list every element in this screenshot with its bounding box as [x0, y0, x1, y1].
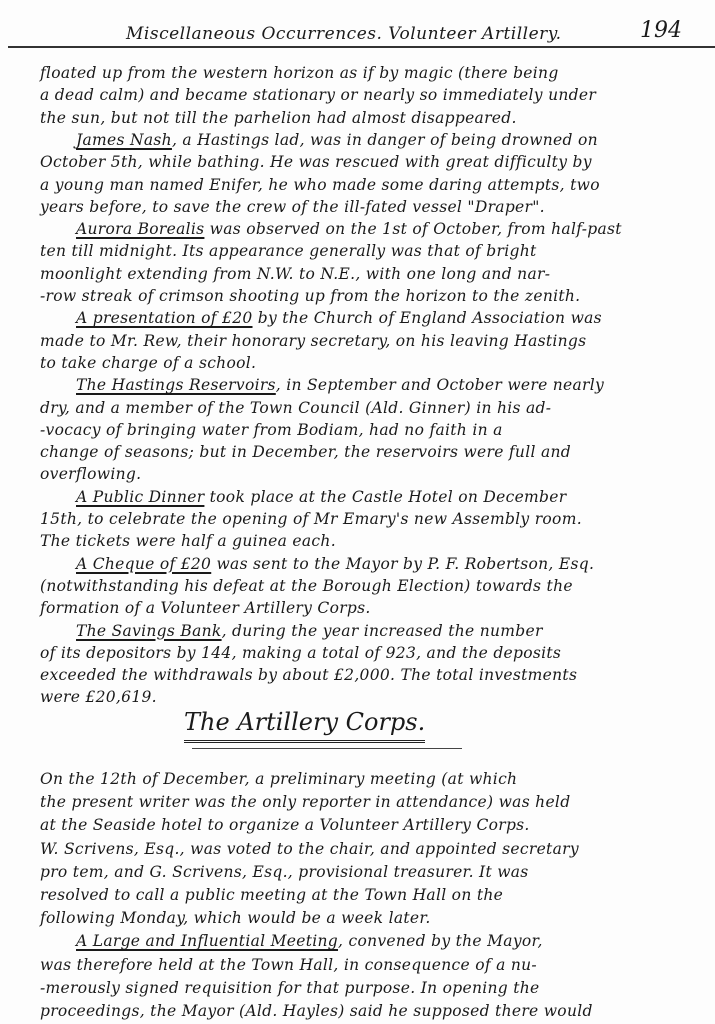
manuscript-line: (notwithstanding his defeat at the Borou… — [40, 577, 573, 595]
manuscript-line: The Hastings Reservoirs, in September an… — [76, 376, 604, 394]
manuscript-line: A Public Dinner took place at the Castle… — [76, 488, 566, 506]
line-text: formation of a Volunteer Artillery Corps… — [40, 599, 371, 617]
underlined-heading: A Cheque of £20 — [76, 555, 211, 573]
line-text: exceeded the withdrawals by about £2,000… — [40, 666, 577, 684]
underlined-heading: The Savings Bank — [76, 622, 222, 640]
manuscript-line: years before, to save the crew of the il… — [40, 198, 545, 216]
manuscript-line: proceedings, the Mayor (Ald. Hayles) sai… — [40, 1002, 593, 1020]
manuscript-line: a dead calm) and became stationary or ne… — [40, 86, 596, 104]
manuscript-line: the sun, but not till the parhelion had … — [40, 109, 517, 127]
manuscript-line: exceeded the withdrawals by about £2,000… — [40, 666, 577, 684]
line-text: dry, and a member of the Town Council (A… — [40, 399, 551, 417]
section-title: The Artillery Corps. — [184, 708, 425, 743]
line-text: proceedings, the Mayor (Ald. Hayles) sai… — [40, 1002, 593, 1020]
line-text: was sent to the Mayor by P. F. Robertson… — [211, 555, 594, 573]
line-text: to take charge of a school. — [40, 354, 256, 372]
line-text: The tickets were half a guinea each. — [40, 532, 336, 550]
line-text: -row streak of crimson shooting up from … — [40, 287, 580, 305]
manuscript-line: ten till midnight. Its appearance genera… — [40, 242, 537, 260]
manuscript-page: Miscellaneous Occurrences. Volunteer Art… — [0, 0, 715, 1024]
underlined-heading: Aurora Borealis — [76, 220, 204, 238]
section-title-rule — [192, 748, 462, 749]
underlined-heading: James Nash — [76, 131, 172, 149]
manuscript-line: formation of a Volunteer Artillery Corps… — [40, 599, 371, 617]
manuscript-line: -vocacy of bringing water from Bodiam, h… — [40, 421, 503, 439]
manuscript-line: change of seasons; but in December, the … — [40, 443, 571, 461]
line-text: at the Seaside hotel to organize a Volun… — [40, 816, 530, 834]
line-text: floated up from the western horizon as i… — [40, 64, 559, 82]
line-text: 15th, to celebrate the opening of Mr Ema… — [40, 510, 582, 528]
manuscript-line: a young man named Enifer, he who made so… — [40, 176, 600, 194]
manuscript-line: James Nash, a Hastings lad, was in dange… — [76, 131, 598, 149]
page-header: Miscellaneous Occurrences. Volunteer Art… — [8, 18, 715, 48]
manuscript-line: moonlight extending from N.W. to N.E., w… — [40, 265, 550, 283]
manuscript-line: On the 12th of December, a preliminary m… — [40, 770, 517, 788]
manuscript-line: made to Mr. Rew, their honorary secretar… — [40, 332, 586, 350]
header-title: Miscellaneous Occurrences. Volunteer Art… — [126, 24, 562, 44]
line-text: change of seasons; but in December, the … — [40, 443, 571, 461]
line-text: the sun, but not till the parhelion had … — [40, 109, 517, 127]
manuscript-line: dry, and a member of the Town Council (A… — [40, 399, 551, 417]
underlined-heading: A presentation of £20 — [76, 309, 253, 327]
manuscript-line: following Monday, which would be a week … — [40, 909, 431, 927]
manuscript-line: The Savings Bank, during the year increa… — [76, 622, 543, 640]
manuscript-line: were £20,619. — [40, 688, 157, 706]
manuscript-line: floated up from the western horizon as i… — [40, 64, 559, 82]
line-text: were £20,619. — [40, 688, 157, 706]
manuscript-line: the present writer was the only reporter… — [40, 793, 570, 811]
page-number: 194 — [640, 18, 682, 43]
line-text: following Monday, which would be a week … — [40, 909, 431, 927]
manuscript-line: -merously signed requisition for that pu… — [40, 979, 540, 997]
line-text: moonlight extending from N.W. to N.E., w… — [40, 265, 550, 283]
line-text: years before, to save the crew of the il… — [40, 198, 545, 216]
manuscript-line: A Large and Influential Meeting, convene… — [76, 932, 543, 950]
line-text: overflowing. — [40, 465, 141, 483]
underlined-heading: A Public Dinner — [76, 488, 204, 506]
manuscript-line: A Cheque of £20 was sent to the Mayor by… — [76, 555, 594, 573]
manuscript-line: overflowing. — [40, 465, 141, 483]
manuscript-line: W. Scrivens, Esq., was voted to the chai… — [40, 840, 579, 858]
line-text: was therefore held at the Town Hall, in … — [40, 956, 537, 974]
manuscript-line: resolved to call a public meeting at the… — [40, 886, 503, 904]
line-text: resolved to call a public meeting at the… — [40, 886, 503, 904]
line-text: a dead calm) and became stationary or ne… — [40, 86, 596, 104]
manuscript-line: -row streak of crimson shooting up from … — [40, 287, 580, 305]
line-text: pro tem, and G. Scrivens, Esq., provisio… — [40, 863, 529, 881]
manuscript-line: pro tem, and G. Scrivens, Esq., provisio… — [40, 863, 529, 881]
line-text: , a Hastings lad, was in danger of being… — [172, 131, 598, 149]
line-text: made to Mr. Rew, their honorary secretar… — [40, 332, 586, 350]
manuscript-line: October 5th, while bathing. He was rescu… — [40, 153, 592, 171]
line-text: of its depositors by 144, making a total… — [40, 644, 561, 662]
manuscript-line: at the Seaside hotel to organize a Volun… — [40, 816, 530, 834]
manuscript-line: of its depositors by 144, making a total… — [40, 644, 561, 662]
line-text: On the 12th of December, a preliminary m… — [40, 770, 517, 788]
line-text: , convened by the Mayor, — [338, 932, 543, 950]
manuscript-line: 15th, to celebrate the opening of Mr Ema… — [40, 510, 582, 528]
underlined-heading: The Hastings Reservoirs — [76, 376, 276, 394]
line-text: was observed on the 1st of October, from… — [204, 220, 621, 238]
line-text: W. Scrivens, Esq., was voted to the chai… — [40, 840, 579, 858]
manuscript-line: The tickets were half a guinea each. — [40, 532, 336, 550]
line-text: (notwithstanding his defeat at the Borou… — [40, 577, 573, 595]
line-text: -merously signed requisition for that pu… — [40, 979, 540, 997]
manuscript-line: was therefore held at the Town Hall, in … — [40, 956, 537, 974]
line-text: , during the year increased the number — [222, 622, 543, 640]
line-text: took place at the Castle Hotel on Decemb… — [204, 488, 566, 506]
line-text: ten till midnight. Its appearance genera… — [40, 242, 537, 260]
manuscript-line: to take charge of a school. — [40, 354, 256, 372]
line-text: -vocacy of bringing water from Bodiam, h… — [40, 421, 503, 439]
line-text: by the Church of England Association was — [253, 309, 602, 327]
manuscript-line: Aurora Borealis was observed on the 1st … — [76, 220, 622, 238]
manuscript-line: A presentation of £20 by the Church of E… — [76, 309, 602, 327]
underlined-heading: A Large and Influential Meeting — [76, 932, 338, 950]
line-text: a young man named Enifer, he who made so… — [40, 176, 600, 194]
line-text: the present writer was the only reporter… — [40, 793, 570, 811]
line-text: , in September and October were nearly — [276, 376, 604, 394]
line-text: October 5th, while bathing. He was rescu… — [40, 153, 592, 171]
